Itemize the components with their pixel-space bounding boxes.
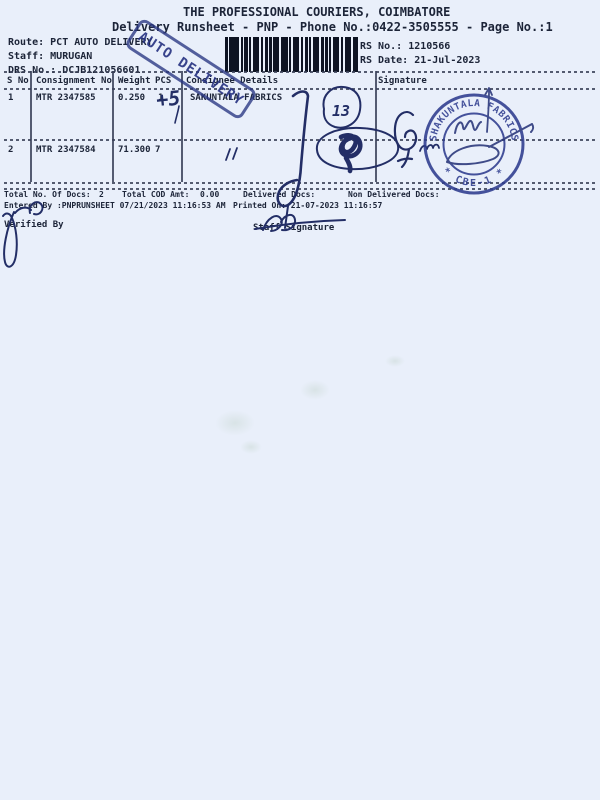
rs-no-value: 1210566 [408, 41, 450, 52]
row1-consignment-no: MTR 2347585 [36, 94, 96, 104]
column-divider [30, 71, 32, 182]
dashed-divider [4, 139, 596, 141]
delivered-docs-label: Delivered Docs: [243, 191, 315, 200]
page-subtitle: Delivery Runsheet - PNP - Phone No.:0422… [112, 21, 553, 34]
stamp-swoosh-stroke [447, 124, 533, 164]
rs-no-line: RS No.: 1210566 [360, 41, 450, 52]
round-stamp-bottom-text: * CBE-1 * [440, 166, 508, 189]
cod-value: 0.00 [200, 191, 219, 200]
delivery-runsheet-document: THE PROFESSIONAL COURIERS, COIMBATORE De… [0, 0, 600, 800]
page-title: THE PROFESSIONAL COURIERS, COIMBATORE [183, 6, 450, 19]
row2-weight: 71.300 [118, 146, 151, 156]
verified-by-label: Verified By [4, 221, 64, 231]
scan-smudge [215, 410, 255, 436]
header-pcs: PCS [155, 77, 171, 87]
round-stamp-top-text: SHAKUNTALA FABRICS [428, 98, 520, 142]
row2-consignment-no: MTR 2347584 [36, 146, 96, 156]
header-consignment-no: Consignment No [36, 77, 112, 87]
round-stamp-outer-ring [425, 95, 523, 193]
total-docs-label: Total No. Of Docs: [4, 191, 91, 200]
ditto-marks [226, 148, 237, 160]
scan-smudge [385, 355, 405, 367]
staff-value: MURUGAN [50, 51, 92, 62]
signature-m-stroke [420, 145, 439, 151]
route-label: Route: [8, 37, 44, 48]
cod-label: Total COD Amt: [122, 191, 189, 200]
verified-by-signature [3, 202, 42, 267]
row1-weight: 0.250 [118, 94, 145, 104]
rs-no-label: RS No.: [360, 41, 402, 52]
rs-date-value: 21-Jul-2023 [414, 55, 480, 66]
scan-smudge [300, 380, 330, 400]
header-s-no: S No [7, 77, 29, 87]
stamp-flagpole-stroke [485, 88, 492, 132]
staff-label: Staff: [8, 51, 44, 62]
scribble-oval [317, 128, 398, 169]
dashed-divider [4, 88, 596, 90]
rs-date-line: RS Date: 21-Jul-2023 [360, 55, 480, 66]
handwritten-circled-count: 13 [332, 102, 350, 120]
header-signature: Signature [378, 77, 427, 87]
round-stamp-inner-ring [444, 114, 505, 175]
row1-s-no: 1 [8, 94, 13, 104]
column-divider [181, 71, 183, 182]
total-docs-value: 2 [99, 191, 104, 200]
dashed-divider [4, 182, 596, 184]
row2-pcs: 7 [155, 146, 160, 156]
row2-s-no: 2 [8, 146, 13, 156]
svg-text:* CBE-1 *: * CBE-1 * [440, 166, 508, 189]
stamp-squiggle-stroke [455, 121, 481, 133]
row1-pcs: 1 [158, 94, 163, 104]
svg-text:SHAKUNTALA FABRICS: SHAKUNTALA FABRICS [428, 98, 520, 142]
staff-line: Staff: MURUGAN [8, 51, 92, 62]
header-weight: Weight [118, 77, 151, 87]
scan-smudge [240, 440, 262, 454]
printed-on-line: Printed On: 21-07-2023 11:16:57 [233, 202, 382, 211]
column-divider [112, 71, 114, 182]
pen-tick [175, 106, 179, 123]
non-delivered-docs-label: Non Delivered Docs: [348, 191, 440, 200]
circled-count-circle [323, 87, 360, 128]
barcode [225, 37, 358, 72]
dashed-divider [4, 71, 596, 73]
staff-signature-label: Staff Signature [253, 224, 334, 234]
entered-by-line: Entered By :PNPRUNSHEET 07/21/2023 11:16… [4, 202, 226, 211]
column-divider [375, 71, 377, 182]
rs-date-label: RS Date: [360, 55, 408, 66]
